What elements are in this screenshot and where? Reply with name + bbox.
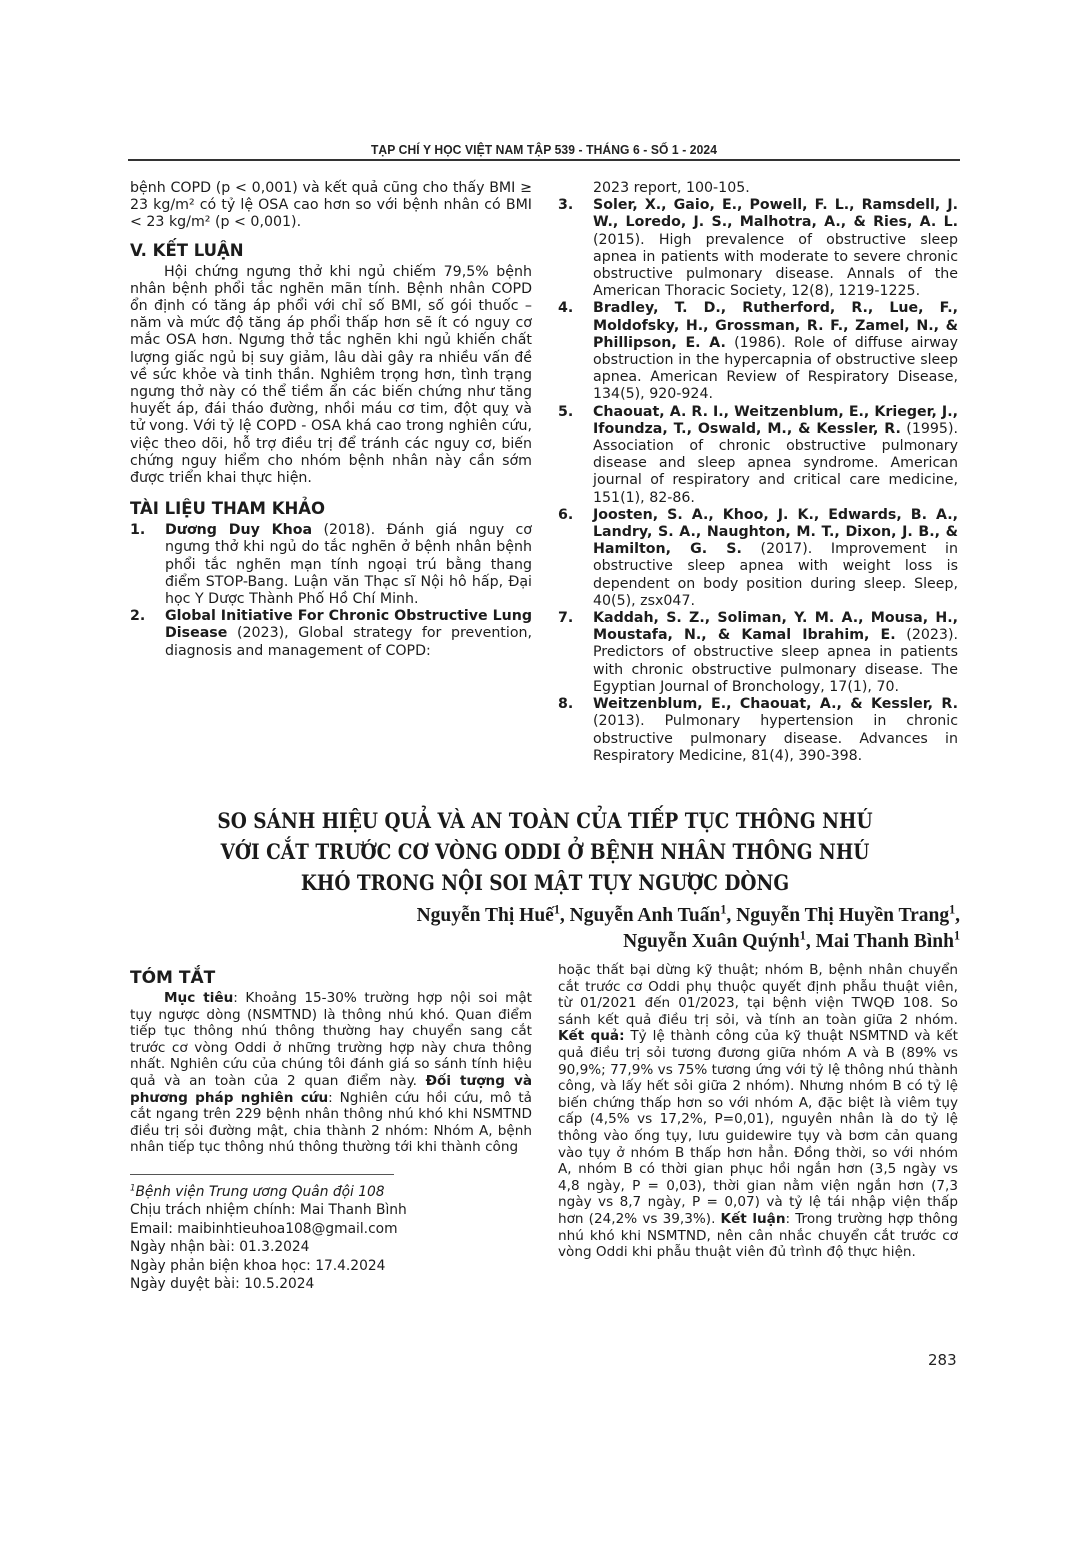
date-accepted: Ngày duyệt bài: 10.5.2024 <box>130 1275 532 1293</box>
reference-body: Dương Duy Khoa (2018). Đánh giá nguy cơ … <box>165 522 532 608</box>
abstract-paragraph-continued: hoặc thất bại dừng kỹ thuật; nhóm B, bện… <box>558 962 958 1261</box>
email: Email: maibinhtieuhoa108@gmail.com <box>130 1220 532 1238</box>
reference-number: 3. <box>558 197 593 300</box>
reference-body: Global Initiative For Chronic Obstructiv… <box>165 608 532 660</box>
date-reviewed: Ngày phản biện khoa học: 17.4.2024 <box>130 1257 532 1275</box>
reference-number: 6. <box>558 507 593 610</box>
objective-label: Mục tiêu <box>164 990 233 1006</box>
footnote-rule <box>130 1174 394 1175</box>
reference-number: 8. <box>558 696 593 765</box>
reference-item: 5. Chaouat, A. R. I., Weitzenblum, E., K… <box>558 404 958 507</box>
left-column-previous-article: bệnh COPD (p < 0,001) và kết quả cũng ch… <box>130 180 532 660</box>
reference-number: 5. <box>558 404 593 507</box>
reference-body: Kaddah, S. Z., Soliman, Y. M. A., Mousa,… <box>593 610 958 696</box>
abstract-paragraph: Mục tiêu: Khoảng 15-30% trường hợp nội s… <box>130 990 532 1156</box>
running-head: TẠP CHÍ Y HỌC VIỆT NAM TẬP 539 - THÁNG 6… <box>157 142 931 157</box>
reference-continuation: 2023 report, 100-105. <box>558 180 958 197</box>
reference-item: 3. Soler, X., Gaio, E., Powell, F. L., R… <box>558 197 958 300</box>
reference-body: Chaouat, A. R. I., Weitzenblum, E., Krie… <box>593 404 958 507</box>
reference-body: Soler, X., Gaio, E., Powell, F. L., Rams… <box>593 197 958 300</box>
reference-item: 1. Dương Duy Khoa (2018). Đánh giá nguy … <box>130 522 532 608</box>
reference-body: Joosten, S. A., Khoo, J. K., Edwards, B.… <box>593 507 958 610</box>
corresponding-author: Chịu trách nhiệm chính: Mai Thanh Bình <box>130 1201 532 1219</box>
conclusion-paragraph: Hội chứng ngưng thở khi ngủ chiếm 79,5% … <box>130 264 532 488</box>
right-column-references: 2023 report, 100-105. 3. Soler, X., Gaio… <box>558 180 958 765</box>
reference-details: (2015). High prevalence of obstructive s… <box>593 232 958 300</box>
reference-item: 8. Weitzenblum, E., Chaouat, A., & Kessl… <box>558 696 958 765</box>
reference-item: 2. Global Initiative For Chronic Obstruc… <box>130 608 532 660</box>
author-name: Nguyễn Thị Huyền Trang <box>736 905 949 926</box>
reference-item: 4. Bradley, T. D., Rutherford, R., Lue, … <box>558 300 958 403</box>
affiliation-mark: 1 <box>954 929 960 943</box>
abstract-heading: TÓM TẮT <box>130 968 532 988</box>
reference-item: 6. Joosten, S. A., Khoo, J. K., Edwards,… <box>558 507 958 610</box>
abstract-left-column: TÓM TẮT Mục tiêu: Khoảng 15-30% trường h… <box>130 968 532 1293</box>
reference-number: 4. <box>558 300 593 403</box>
author-line: Nguyễn Xuân Quýnh1, Mai Thanh Bình1 <box>300 929 960 955</box>
author-line: Nguyễn Thị Huế1, Nguyễn Anh Tuấn1, Nguyễ… <box>300 903 960 929</box>
conclusion-label: Kết luận <box>721 1211 786 1227</box>
article-title-line: VỚI CẮT TRƯỚC CƠ VÒNG ODDI Ở BỆNH NHÂN T… <box>197 836 892 867</box>
reference-number: 7. <box>558 610 593 696</box>
conclusion-heading: V. KẾT LUẬN <box>130 241 532 261</box>
reference-item: 7. Kaddah, S. Z., Soliman, Y. M. A., Mou… <box>558 610 958 696</box>
references-heading: TÀI LIỆU THAM KHẢO <box>130 499 532 519</box>
article-title-line: KHÓ TRONG NỘI SOI MẬT TỤY NGƯỢC DÒNG <box>197 867 892 898</box>
results-continuation: bệnh COPD (p < 0,001) và kết quả cũng ch… <box>130 180 532 232</box>
reference-authors: Weitzenblum, E., Chaouat, A., & Kessler,… <box>593 696 958 712</box>
date-received: Ngày nhận bài: 01.3.2024 <box>130 1238 532 1256</box>
author-name: Nguyễn Anh Tuấn <box>570 905 721 926</box>
page-number: 283 <box>928 1351 957 1369</box>
reference-body: Weitzenblum, E., Chaouat, A., & Kessler,… <box>593 696 958 765</box>
reference-authors: Dương Duy Khoa <box>165 522 312 538</box>
article-title-line: SO SÁNH HIỆU QUẢ VÀ AN TOÀN CỦA TIẾP TỤC… <box>197 805 892 836</box>
author-name: Nguyễn Thị Huế <box>417 905 554 926</box>
affiliation-footnote: 1Bệnh viện Trung ương Quân đội 108 <box>130 1183 532 1201</box>
header-rule <box>128 159 960 161</box>
reference-number: 1. <box>130 522 165 608</box>
reference-authors: Soler, X., Gaio, E., Powell, F. L., Rams… <box>593 197 958 230</box>
reference-number: 2. <box>130 608 165 660</box>
author-list: Nguyễn Thị Huế1, Nguyễn Anh Tuấn1, Nguyễ… <box>300 903 960 955</box>
reference-body: Bradley, T. D., Rutherford, R., Lue, F.,… <box>593 300 958 403</box>
abstract-right-column: hoặc thất bại dừng kỹ thuật; nhóm B, bện… <box>558 962 958 1261</box>
author-name: Nguyễn Xuân Quýnh <box>623 931 800 952</box>
journal-page: TẠP CHÍ Y HỌC VIỆT NAM TẬP 539 - THÁNG 6… <box>0 0 1090 1541</box>
results-label: Kết quả: <box>558 1028 625 1044</box>
author-name: Mai Thanh Bình <box>816 931 954 952</box>
reference-details: (2013). Pulmonary hypertension in chroni… <box>593 713 958 763</box>
article-title: SO SÁNH HIỆU QUẢ VÀ AN TOÀN CỦA TIẾP TỤC… <box>197 805 892 898</box>
